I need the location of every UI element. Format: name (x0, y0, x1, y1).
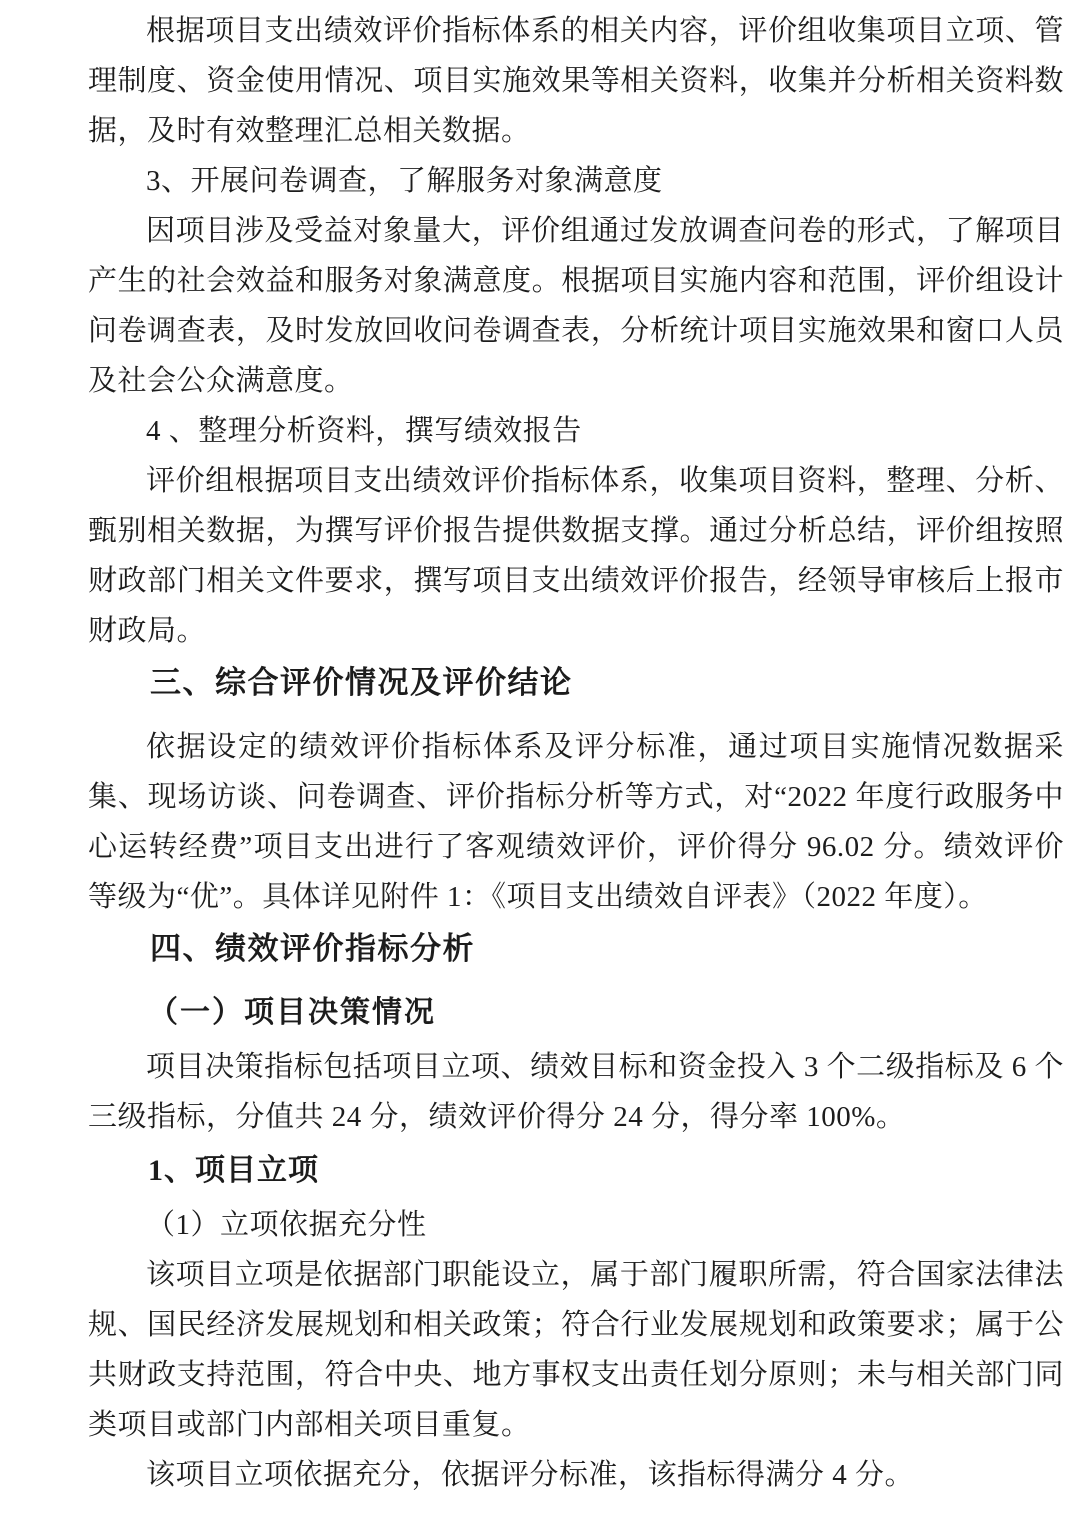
document-body: 根据项目支出绩效评价指标体系的相关内容，评价组收集项目立项、管理制度、资金使用情… (88, 6, 1064, 1500)
item-1-heading: 1、项目立项 (88, 1146, 1064, 1196)
step-4-heading: 4 、整理分析资料，撰写绩效报告 (88, 406, 1064, 456)
para-report-writing: 评价组根据项目支出绩效评价指标体系，收集项目资料，整理、分析、甄别相关数据，为撰… (88, 456, 1064, 656)
section-4-heading: 四、绩效评价指标分析 (88, 924, 1064, 974)
document-page: 根据项目支出绩效评价指标体系的相关内容，评价组收集项目立项、管理制度、资金使用情… (0, 0, 1074, 1520)
subitem-1-heading: （1）立项依据充分性 (88, 1200, 1064, 1250)
para-questionnaire: 因项目涉及受益对象量大，评价组通过发放调查问卷的形式，了解项目产生的社会效益和服… (88, 206, 1064, 406)
para-data-collection: 根据项目支出绩效评价指标体系的相关内容，评价组收集项目立项、管理制度、资金使用情… (88, 6, 1064, 156)
para-project-basis: 该项目立项是依据部门职能设立，属于部门履职所需，符合国家法律法规、国民经济发展规… (88, 1250, 1064, 1450)
subsection-1-heading: （一）项目决策情况 (88, 988, 1064, 1038)
para-score-conclusion: 该项目立项依据充分，依据评分标准，该指标得满分 4 分。 (88, 1450, 1064, 1500)
para-evaluation-conclusion: 依据设定的绩效评价指标体系及评分标准，通过项目实施情况数据采集、现场访谈、问卷调… (88, 722, 1064, 922)
para-decision-indicators: 项目决策指标包括项目立项、绩效目标和资金投入 3 个二级指标及 6 个三级指标，… (88, 1042, 1064, 1142)
section-3-heading: 三、综合评价情况及评价结论 (88, 658, 1064, 708)
step-3-heading: 3、开展问卷调查，了解服务对象满意度 (88, 156, 1064, 206)
